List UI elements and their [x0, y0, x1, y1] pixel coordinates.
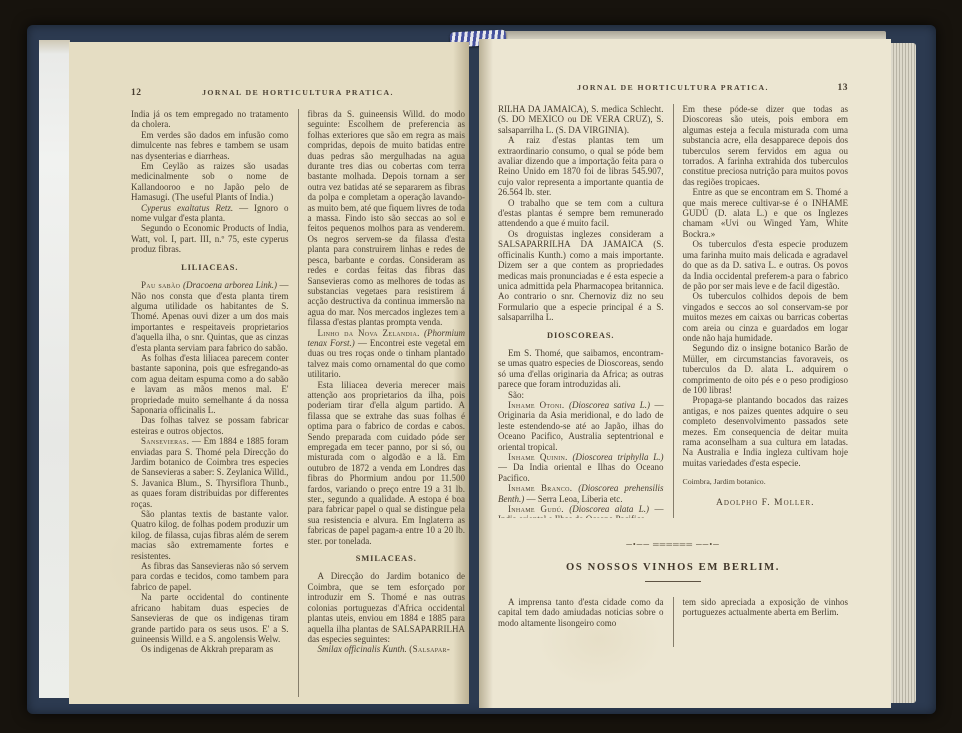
- paragraph: Em Ceylão as raizes são usadas medicinal…: [131, 161, 289, 203]
- paragraph: Das folhas talvez se possam fabricar est…: [131, 415, 289, 436]
- paragraph-text: — Serra Leoa, Liberia etc.: [524, 494, 622, 504]
- paragraph: Em these póde-se dizer que todas as Dios…: [683, 104, 849, 187]
- species-name: Sansevieras.: [141, 436, 189, 446]
- paragraph: Em verdes são dados em infusão como dimu…: [131, 130, 289, 161]
- species-paragraph: Cyperus exaltatus Retz. — Ignoro o nome …: [131, 203, 289, 224]
- species-paragraph: Inhame Gudú. (Dioscorea alata L.) — Indi…: [498, 504, 664, 518]
- right-page: JORNAL DE HORTICULTURA PRATICA. 13 RILHA…: [479, 39, 891, 708]
- title-rule: [645, 581, 701, 582]
- species-paragraph: Inhame Quinin. (Dioscorea triphylla L.) …: [498, 452, 664, 483]
- species-name: Linho da Nova Zelandia.: [318, 328, 420, 338]
- species-name: Pau sabão: [141, 280, 183, 290]
- paragraph-text: — Não nos consta que d'esta planta tirem…: [131, 280, 289, 352]
- paragraph: A imprensa tanto d'esta cidade como da c…: [498, 597, 664, 628]
- section-heading: DIOSCOREAS.: [498, 331, 664, 341]
- paragraph: India já os tem empregado no tratamento …: [131, 109, 289, 130]
- running-title: JORNAL DE HORTICULTURA PRATICA.: [202, 88, 394, 97]
- paragraph: Segundo o Economic Products of India, Wa…: [131, 223, 289, 254]
- article2-column-1: A imprensa tanto d'esta cidade como da c…: [498, 597, 673, 647]
- left-page: 12 JORNAL DE HORTICULTURA PRATICA. India…: [69, 42, 469, 704]
- section-heading: SMILACEAS.: [308, 554, 466, 564]
- paragraph: As fibras das Sansevieras não só servem …: [131, 561, 289, 592]
- paragraph: Segundo diz o insigne botanico Barão de …: [683, 343, 849, 395]
- species-name: Inhame Gudú.: [508, 504, 564, 514]
- right-page-column-1: RILHA DA JAMAICA), S. medica Schlecht. (…: [498, 104, 673, 518]
- running-title: JORNAL DE HORTICULTURA PRATICA.: [577, 83, 769, 92]
- article2-column-2: tem sido apreciada a exposição de vinhos…: [673, 597, 849, 647]
- species-paragraph: Inhame Otoni. (Dioscorea sativa L.) — Or…: [498, 400, 664, 452]
- species-latin-name: (Dioscorea triphylla L.): [568, 452, 664, 462]
- paragraph: Os tuberculos d'esta especie produzem um…: [683, 239, 849, 291]
- divider-ornament: ─•── ══════ ──•─: [498, 540, 848, 549]
- species-name: Inhame Otoni.: [508, 400, 564, 410]
- right-page-column-2: Em these póde-se dizer que todas as Dios…: [673, 104, 849, 518]
- species-paragraph: Pau sabão (Dracoena arborea Link.) — Não…: [131, 280, 289, 353]
- page-edges-right: [891, 43, 916, 703]
- species-paragraph: Sansevieras. — Em 1884 e 1885 foram envi…: [131, 436, 289, 509]
- paragraph: São plantas textis de bastante valor. Qu…: [131, 509, 289, 561]
- right-page-header: JORNAL DE HORTICULTURA PRATICA. 13: [498, 83, 848, 95]
- species-paragraph: Smilax officinalis Kunth. (Salsapar-: [308, 644, 466, 654]
- paragraph: Na parte occidental do continente africa…: [131, 592, 289, 644]
- section-heading: LILIACEAS.: [131, 263, 289, 273]
- paragraph: Os tuberculos colhidos depois de bem vin…: [683, 291, 849, 343]
- paragraph: Esta liliacea deveria merecer mais atten…: [308, 380, 466, 547]
- paragraph: RILHA DA JAMAICA), S. medica Schlecht. (…: [498, 104, 664, 135]
- species-latin-name: (Dracoena arborea Link.): [183, 280, 277, 290]
- left-page-header: 12 JORNAL DE HORTICULTURA PRATICA.: [131, 88, 465, 100]
- species-name: Inhame Branco.: [508, 483, 572, 493]
- paragraph: O trabalho que se tem com a cultura d'es…: [498, 198, 664, 229]
- paragraph-text: (Salsapar-: [407, 644, 450, 654]
- paragraph: São:: [498, 390, 664, 400]
- species-paragraph: Linho da Nova Zelandia. (Phormium tenax …: [308, 328, 466, 380]
- left-page-column-1: India já os tem empregado no tratamento …: [131, 109, 298, 697]
- byline-place: Coimbra, Jardim botanico.: [683, 477, 849, 487]
- article-title: OS NOSSOS VINHOS EM BERLIM.: [498, 562, 848, 573]
- paragraph: As folhas d'esta liliacea parecem conter…: [131, 353, 289, 415]
- paragraph: Em S. Thomé, que saibamos, encontram-se …: [498, 348, 664, 390]
- paragraph: Os droguistas inglezes consideram a SALS…: [498, 229, 664, 323]
- paragraph: A raiz d'estas plantas tem um extraordin…: [498, 135, 664, 197]
- paragraph: Propaga-se plantando bocados das raizes …: [683, 395, 849, 468]
- paragraph-text: — Em 1884 e 1885 foram enviadas para S. …: [131, 436, 289, 508]
- paragraph: fibras da S. guineensis Willd. do modo s…: [308, 109, 466, 328]
- paragraph: Entre as que se encontram em S. Thomé a …: [683, 187, 849, 239]
- page-edges-left: [39, 40, 70, 698]
- species-name: Smilax officinalis Kunth.: [318, 644, 407, 654]
- species-paragraph: Inhame Branco. (Dioscorea prehensilis Be…: [498, 483, 664, 504]
- paragraph-text: — Da India oriental e Ilhas do Oceano Pa…: [498, 462, 664, 482]
- page-number: 13: [769, 83, 848, 93]
- paragraph: Os indigenas de Akkrah preparam as: [131, 644, 289, 654]
- paragraph: A Direcção do Jardim botanico de Coimbra…: [308, 571, 466, 644]
- species-name: Cyperus exaltatus Retz.: [141, 203, 233, 213]
- left-page-column-2: fibras da S. guineensis Willd. do modo s…: [298, 109, 466, 697]
- page-number: 12: [131, 88, 202, 98]
- paragraph: tem sido apreciada a exposição de vinhos…: [683, 597, 849, 618]
- author-signature: Adolpho F. Moller.: [683, 498, 849, 508]
- species-name: Inhame Quinin.: [508, 452, 568, 462]
- species-latin-name: (Dioscorea sativa L.): [564, 400, 650, 410]
- species-latin-name: (Dioscorea alata L.): [564, 504, 649, 514]
